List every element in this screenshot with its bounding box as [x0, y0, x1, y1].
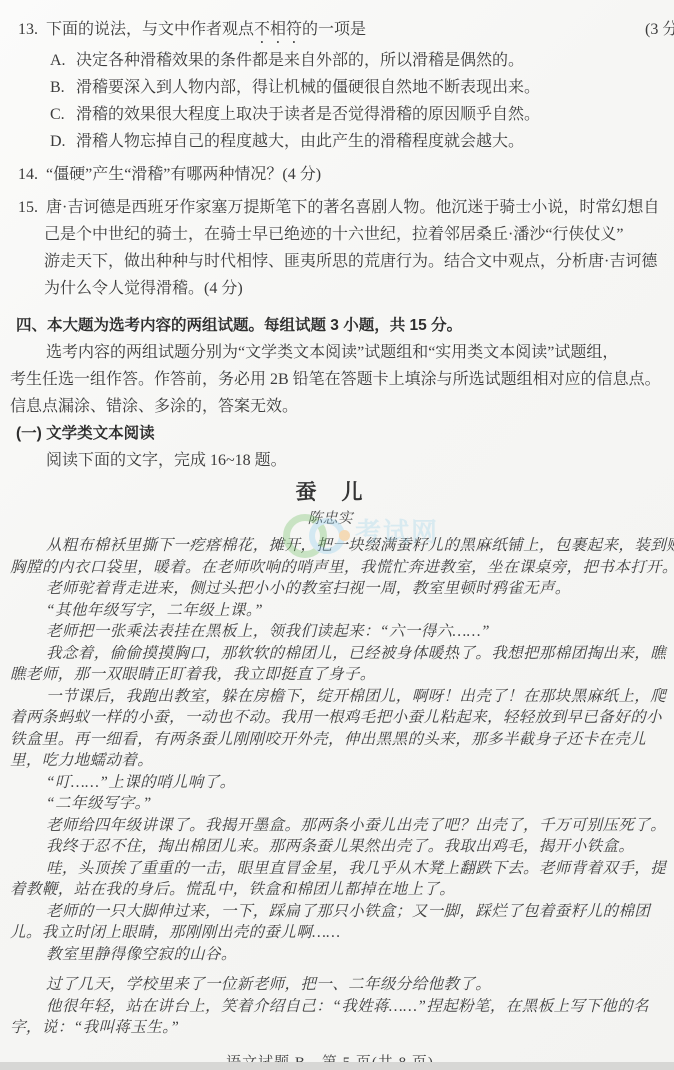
question-13-points: (3 分): [645, 16, 674, 43]
question-13: 13. 下面的说法，与文中作者观点不相符的一项是 (3 分): [0, 16, 674, 47]
story-line: 字，说：“我叫蒋玉生。”: [0, 1017, 674, 1039]
story-line: 老师的一只大脚伸过来，一下，踩扁了那只小铁盒；又一脚，踩烂了包着蚕籽儿的棉团: [0, 901, 674, 923]
question-15-line-1: 唐·吉诃德是西班牙作家塞万提斯笔下的著名喜剧人物。他沉迷于骑士小说，时常幻想自: [46, 194, 659, 221]
story-line: 儿。我立时闭上眼睛，那刚刚出壳的蚕儿啊……: [0, 922, 674, 944]
question-15-line-2: 己是个中世纪的骑士，在骑士早已绝迹的十六世纪，拉着邻居桑丘·潘沙“行侠仗义”: [0, 221, 674, 248]
story-line: “二年级写字。”: [0, 793, 674, 815]
story-line: 他很年轻，站在讲台上，笑着介绍自己：“我姓蒋……”捏起粉笔，在黑板上写下他的名: [0, 996, 674, 1018]
option-a-letter: A.: [50, 47, 76, 74]
option-d-text: 滑稽人物忘掉自己的程度越大，由此产生的滑稽程度就会越大。: [76, 128, 524, 155]
question-13-text-post: 的一项是: [302, 21, 366, 38]
question-15-line-3: 游走天下，做出种种与时代相悖、匪夷所思的荒唐行为。结合文中观点，分析唐·吉诃德: [0, 248, 674, 275]
story-line: 一节课后，我跑出教室，躲在房檐下，绽开棉团儿，啊呀！出壳了！在那块黑麻纸上，爬: [0, 686, 674, 708]
section-4-heading: 四、本大题为选考内容的两组试题。每组试题 3 小题，共 15 分。: [0, 312, 674, 339]
story-line: 我念着，偷偷摸摸胸口，那软软的棉团儿，已经被身体暖热了。我想把那棉团掏出来，瞧: [0, 643, 674, 665]
story-line: 老师驼着背走进来，侧过头把小小的教室扫视一周，教室里顿时鸦雀无声。: [0, 578, 674, 600]
option-b-letter: B.: [50, 74, 76, 101]
story-line: 老师把一张乘法表挂在黑板上，领我们读起来：“六一得六……”: [0, 621, 674, 643]
section-4-line-2: 考生任选一组作答。作答前，务必用 2B 铅笔在答题卡上填涂与所选试题组相对应的信…: [0, 366, 674, 393]
reading-instruction: 阅读下面的文字，完成 16~18 题。: [0, 447, 674, 474]
story-line: 我终于忍不住，掏出棉团儿来。那两条蚕儿果然出壳了。我取出鸡毛，揭开小铁盒。: [0, 836, 674, 858]
question-15-line-4: 为什么令人觉得滑稽。(4 分): [0, 275, 674, 302]
option-c-letter: C.: [50, 101, 76, 128]
question-14-number: 14.: [18, 161, 46, 188]
option-b-text: 滑稽要深入到人物内部，得让机械的僵硬很自然地不断表现出来。: [76, 74, 540, 101]
story-body: 从粗布棉袄里撕下一疙瘩棉花，摊开，把一块缀满蚕籽儿的黑麻纸铺上，包裹起来，装到贴…: [0, 535, 674, 1039]
story-line: 老师给四年级讲课了。我揭开墨盒。那两条小蚕儿出壳了吧？出壳了，千万可别压死了。: [0, 815, 674, 837]
story-line: 教室里静得像空寂的山谷。: [0, 944, 674, 966]
question-13-option-b: B. 滑稽要深入到人物内部，得让机械的僵硬很自然地不断表现出来。: [0, 74, 674, 101]
option-d-letter: D.: [50, 128, 76, 155]
option-a-text: 决定各种滑稽效果的条件都是来自外部的，所以滑稽是偶然的。: [76, 47, 524, 74]
question-13-text: 下面的说法，与文中作者观点不相符的一项是: [46, 16, 366, 47]
question-14-text: “僵硬”产生“滑稽”有哪两种情况？(4 分): [46, 161, 321, 188]
question-13-option-d: D. 滑稽人物忘掉自己的程度越大，由此产生的滑稽程度就会越大。: [0, 128, 674, 155]
story-line: 哇，头顶挨了重重的一击，眼里直冒金星，我几乎从木凳上翻跌下去。老师背着双手，提: [0, 858, 674, 880]
story-line: 过了几天，学校里来了一位新老师，把一、二年级分给他教了。: [0, 974, 674, 996]
exam-paper-page: 13. 下面的说法，与文中作者观点不相符的一项是 (3 分) A. 决定各种滑稽…: [0, 0, 674, 1070]
story-line: 里，吃力地蠕动着。: [0, 750, 674, 772]
story-line: “叮……”上课的哨儿响了。: [0, 772, 674, 794]
question-13-option-a: A. 决定各种滑稽效果的条件都是来自外部的，所以滑稽是偶然的。: [0, 47, 674, 74]
story-line: 从粗布棉袄里撕下一疙瘩棉花，摊开，把一块缀满蚕籽儿的黑麻纸铺上，包裹起来，装到贴…: [0, 535, 674, 557]
story-line: 瞧老师，那一双眼睛正盯着我，我立即挺直了身子。: [0, 664, 674, 686]
story-line: 着两条蚂蚁一样的小蚕，一动也不动。我用一根鸡毛把小蚕儿粘起来，轻轻放到早已备好的…: [0, 707, 674, 729]
question-14: 14. “僵硬”产生“滑稽”有哪两种情况？(4 分): [0, 161, 674, 188]
option-c-text: 滑稽的效果很大程度上取决于读者是否觉得滑稽的原因顺乎自然。: [76, 101, 540, 128]
scan-bottom-band: [0, 1062, 674, 1070]
story-line: 铁盒里。再一细看，有两条蚕儿刚刚咬开外壳，伸出黑黑的头来，那多半截身子还卡在壳儿: [0, 729, 674, 751]
story-line: 胸膛的内衣口袋里，暖着。在老师吹响的哨声里，我慌忙奔进教室，坐在课桌旁，把书本打…: [0, 557, 674, 579]
question-13-option-c: C. 滑稽的效果很大程度上取决于读者是否觉得滑稽的原因顺乎自然。: [0, 101, 674, 128]
story-line: “其他年级写字，二年级上课。”: [0, 600, 674, 622]
story-author: 陈忠实: [0, 507, 660, 531]
page-content: 13. 下面的说法，与文中作者观点不相符的一项是 (3 分) A. 决定各种滑稽…: [0, 16, 674, 1070]
question-13-text-emphasized: 不相符: [254, 21, 302, 38]
question-15: 15. 唐·吉诃德是西班牙作家塞万提斯笔下的著名喜剧人物。他沉迷于骑士小说，时常…: [0, 194, 674, 221]
section-4-line-1: 选考内容的两组试题分别为“文学类文本阅读”试题组和“实用类文本阅读”试题组，: [0, 339, 674, 366]
story-line: 着教鞭，站在我的身后。慌乱中，铁盒和棉团儿都掉在地上了。: [0, 879, 674, 901]
question-13-number: 13.: [18, 16, 46, 47]
subsection-1-heading: (一) 文学类文本阅读: [0, 420, 674, 447]
question-15-number: 15.: [18, 194, 46, 221]
section-4-line-3: 信息点漏涂、错涂、多涂的，答案无效。: [0, 393, 674, 420]
story-title: 蚕 儿: [0, 477, 660, 507]
question-13-text-pre: 下面的说法，与文中作者观点: [46, 21, 254, 38]
